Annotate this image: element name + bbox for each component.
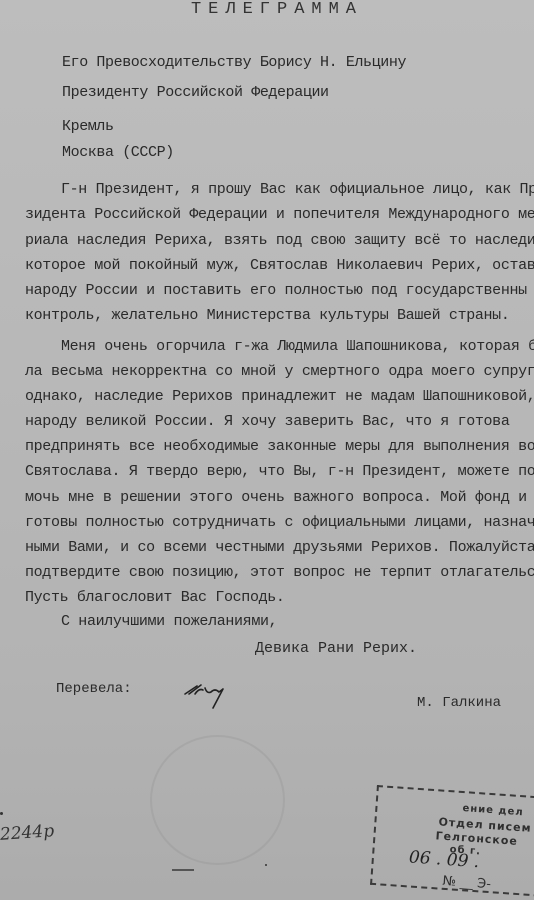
text-line: Г-н Президент, я прошу Вас как официальн… [61,181,534,198]
text-line: предпринять все необходимые законные мер… [25,438,534,455]
text-line: которое мой покойный муж, Святослав Нико… [25,257,534,274]
address-line: Президенту Российской Федерации [62,84,329,101]
telegram-document: ТЕЛЕГРАММА Его Превосходительству Борису… [0,0,534,900]
ink-dash [172,869,194,871]
text-line: Меня очень огорчила г-жа Людмила Шапошни… [61,338,534,355]
text-line: риала наследия Рериха, взять под свою за… [25,232,534,249]
text-line: Пусть благословит Вас Господь. [25,589,285,606]
stamp-number: № __ Э- [442,874,491,892]
document-title: ТЕЛЕГРАММА [0,0,534,19]
text-line: народу России и поставить его полностью … [25,282,527,299]
text-line: народу великой России. Я хочу заверить В… [25,413,509,430]
registration-stamp: ение дел Отдел писем Гелгонское об г. 06… [370,785,534,897]
stamp-line: ение дел [462,803,524,818]
text-line: готовы полностью сотрудничать с официаль… [25,514,534,531]
text-line: мочь мне в решении этого очень важного в… [25,489,534,506]
stamp-date: 06 . 09 . [408,847,480,872]
address-line: Кремль [62,118,114,135]
text-line: контроль, желательно Министерства культу… [25,307,509,324]
text-line: однако, наследие Рерихов принадлежит не … [25,388,534,405]
address-line: Его Превосходительству Борису Н. Ельцину [62,54,406,71]
text-line: Святослава. Я твердо верю, что Вы, г-н П… [25,463,534,480]
ink-dot [0,812,3,815]
text-line: подтвердите свою позицию, этот вопрос не… [25,564,534,581]
text-line: ла весьма некорректна со мной у смертног… [25,363,534,380]
faded-round-seal [150,735,285,865]
ink-dot [265,864,267,866]
translator-name: М. Галкина [417,695,501,711]
text-line: ными Вами, и со всеми честными друзьями … [25,539,534,556]
signature-name: Девика Рани Рерих. [255,640,417,657]
translated-by-label: Перевела: [56,681,132,697]
text-line: зидента Российской Федерации и попечител… [25,206,534,223]
address-line: Москва (СССР) [62,144,174,161]
closing-line: С наилучшими пожеланиями, [61,613,277,630]
handwritten-signature-icon [183,678,243,718]
handwritten-number: 2244р [0,821,55,845]
